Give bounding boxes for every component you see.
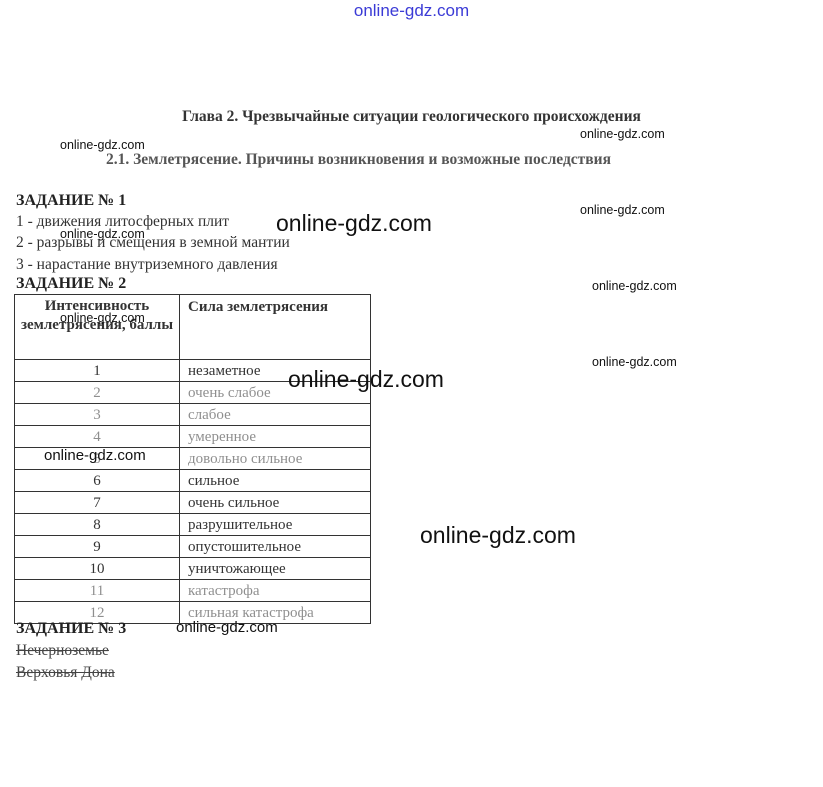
task2-heading: ЗАДАНИЕ № 2 — [16, 275, 126, 293]
cell-strength: умеренное — [180, 426, 371, 448]
cell-intensity: 11 — [15, 580, 180, 602]
task1-line-2: 2 - разрывы и смещения в земной мантии — [16, 234, 290, 252]
cell-intensity: 3 — [15, 404, 180, 426]
table-row: 8разрушительное — [15, 514, 371, 536]
watermark: online-gdz.com — [288, 366, 444, 393]
task3-line-1: Нечерноземье — [16, 642, 109, 660]
watermark: online-gdz.com — [44, 447, 146, 464]
watermark: online-gdz.com — [580, 127, 665, 141]
cell-intensity: 7 — [15, 492, 180, 514]
cell-strength: уничтожающее — [180, 558, 371, 580]
header-strength: Сила землетрясения — [180, 295, 371, 360]
cell-intensity: 8 — [15, 514, 180, 536]
cell-strength: катастрофа — [180, 580, 371, 602]
watermark: online-gdz.com — [60, 138, 145, 152]
table-header-row: Интенсивность землетрясения, баллы Сила … — [15, 295, 371, 360]
cell-strength: разрушительное — [180, 514, 371, 536]
cell-strength: слабое — [180, 404, 371, 426]
table-row: 7очень сильное — [15, 492, 371, 514]
cell-intensity: 1 — [15, 360, 180, 382]
cell-intensity: 10 — [15, 558, 180, 580]
cell-intensity: 2 — [15, 382, 180, 404]
cell-strength: опустошительное — [180, 536, 371, 558]
cell-intensity: 4 — [15, 426, 180, 448]
watermark: online-gdz.com — [580, 203, 665, 217]
task3-line-2: Верховья Дона — [16, 664, 115, 682]
table-row: 4умеренное — [15, 426, 371, 448]
chapter-title: Глава 2. Чрезвычайные ситуации геологиче… — [0, 108, 823, 126]
watermark-top[interactable]: online-gdz.com — [0, 1, 823, 21]
cell-strength: очень сильное — [180, 492, 371, 514]
cell-strength: сильное — [180, 470, 371, 492]
task1-line-3: 3 - нарастание внутриземного давления — [16, 256, 278, 274]
watermark: online-gdz.com — [276, 210, 432, 237]
watermark: online-gdz.com — [60, 227, 145, 241]
section-title: 2.1. Землетрясение. Причины возникновени… — [106, 151, 611, 169]
watermark: online-gdz.com — [420, 522, 576, 549]
table-row: 3слабое — [15, 404, 371, 426]
watermark: online-gdz.com — [176, 619, 278, 636]
watermark: online-gdz.com — [60, 311, 145, 325]
cell-strength: довольно сильное — [180, 448, 371, 470]
cell-intensity: 6 — [15, 470, 180, 492]
task1-heading: ЗАДАНИЕ № 1 — [16, 192, 126, 210]
task3-heading: ЗАДАНИЕ № 3 — [16, 620, 126, 638]
table-row: 9опустошительное — [15, 536, 371, 558]
watermark: online-gdz.com — [592, 355, 677, 369]
table-row: 11катастрофа — [15, 580, 371, 602]
cell-intensity: 9 — [15, 536, 180, 558]
header-intensity: Интенсивность землетрясения, баллы — [15, 295, 180, 360]
watermark: online-gdz.com — [592, 279, 677, 293]
table-row: 10уничтожающее — [15, 558, 371, 580]
table-row: 6сильное — [15, 470, 371, 492]
